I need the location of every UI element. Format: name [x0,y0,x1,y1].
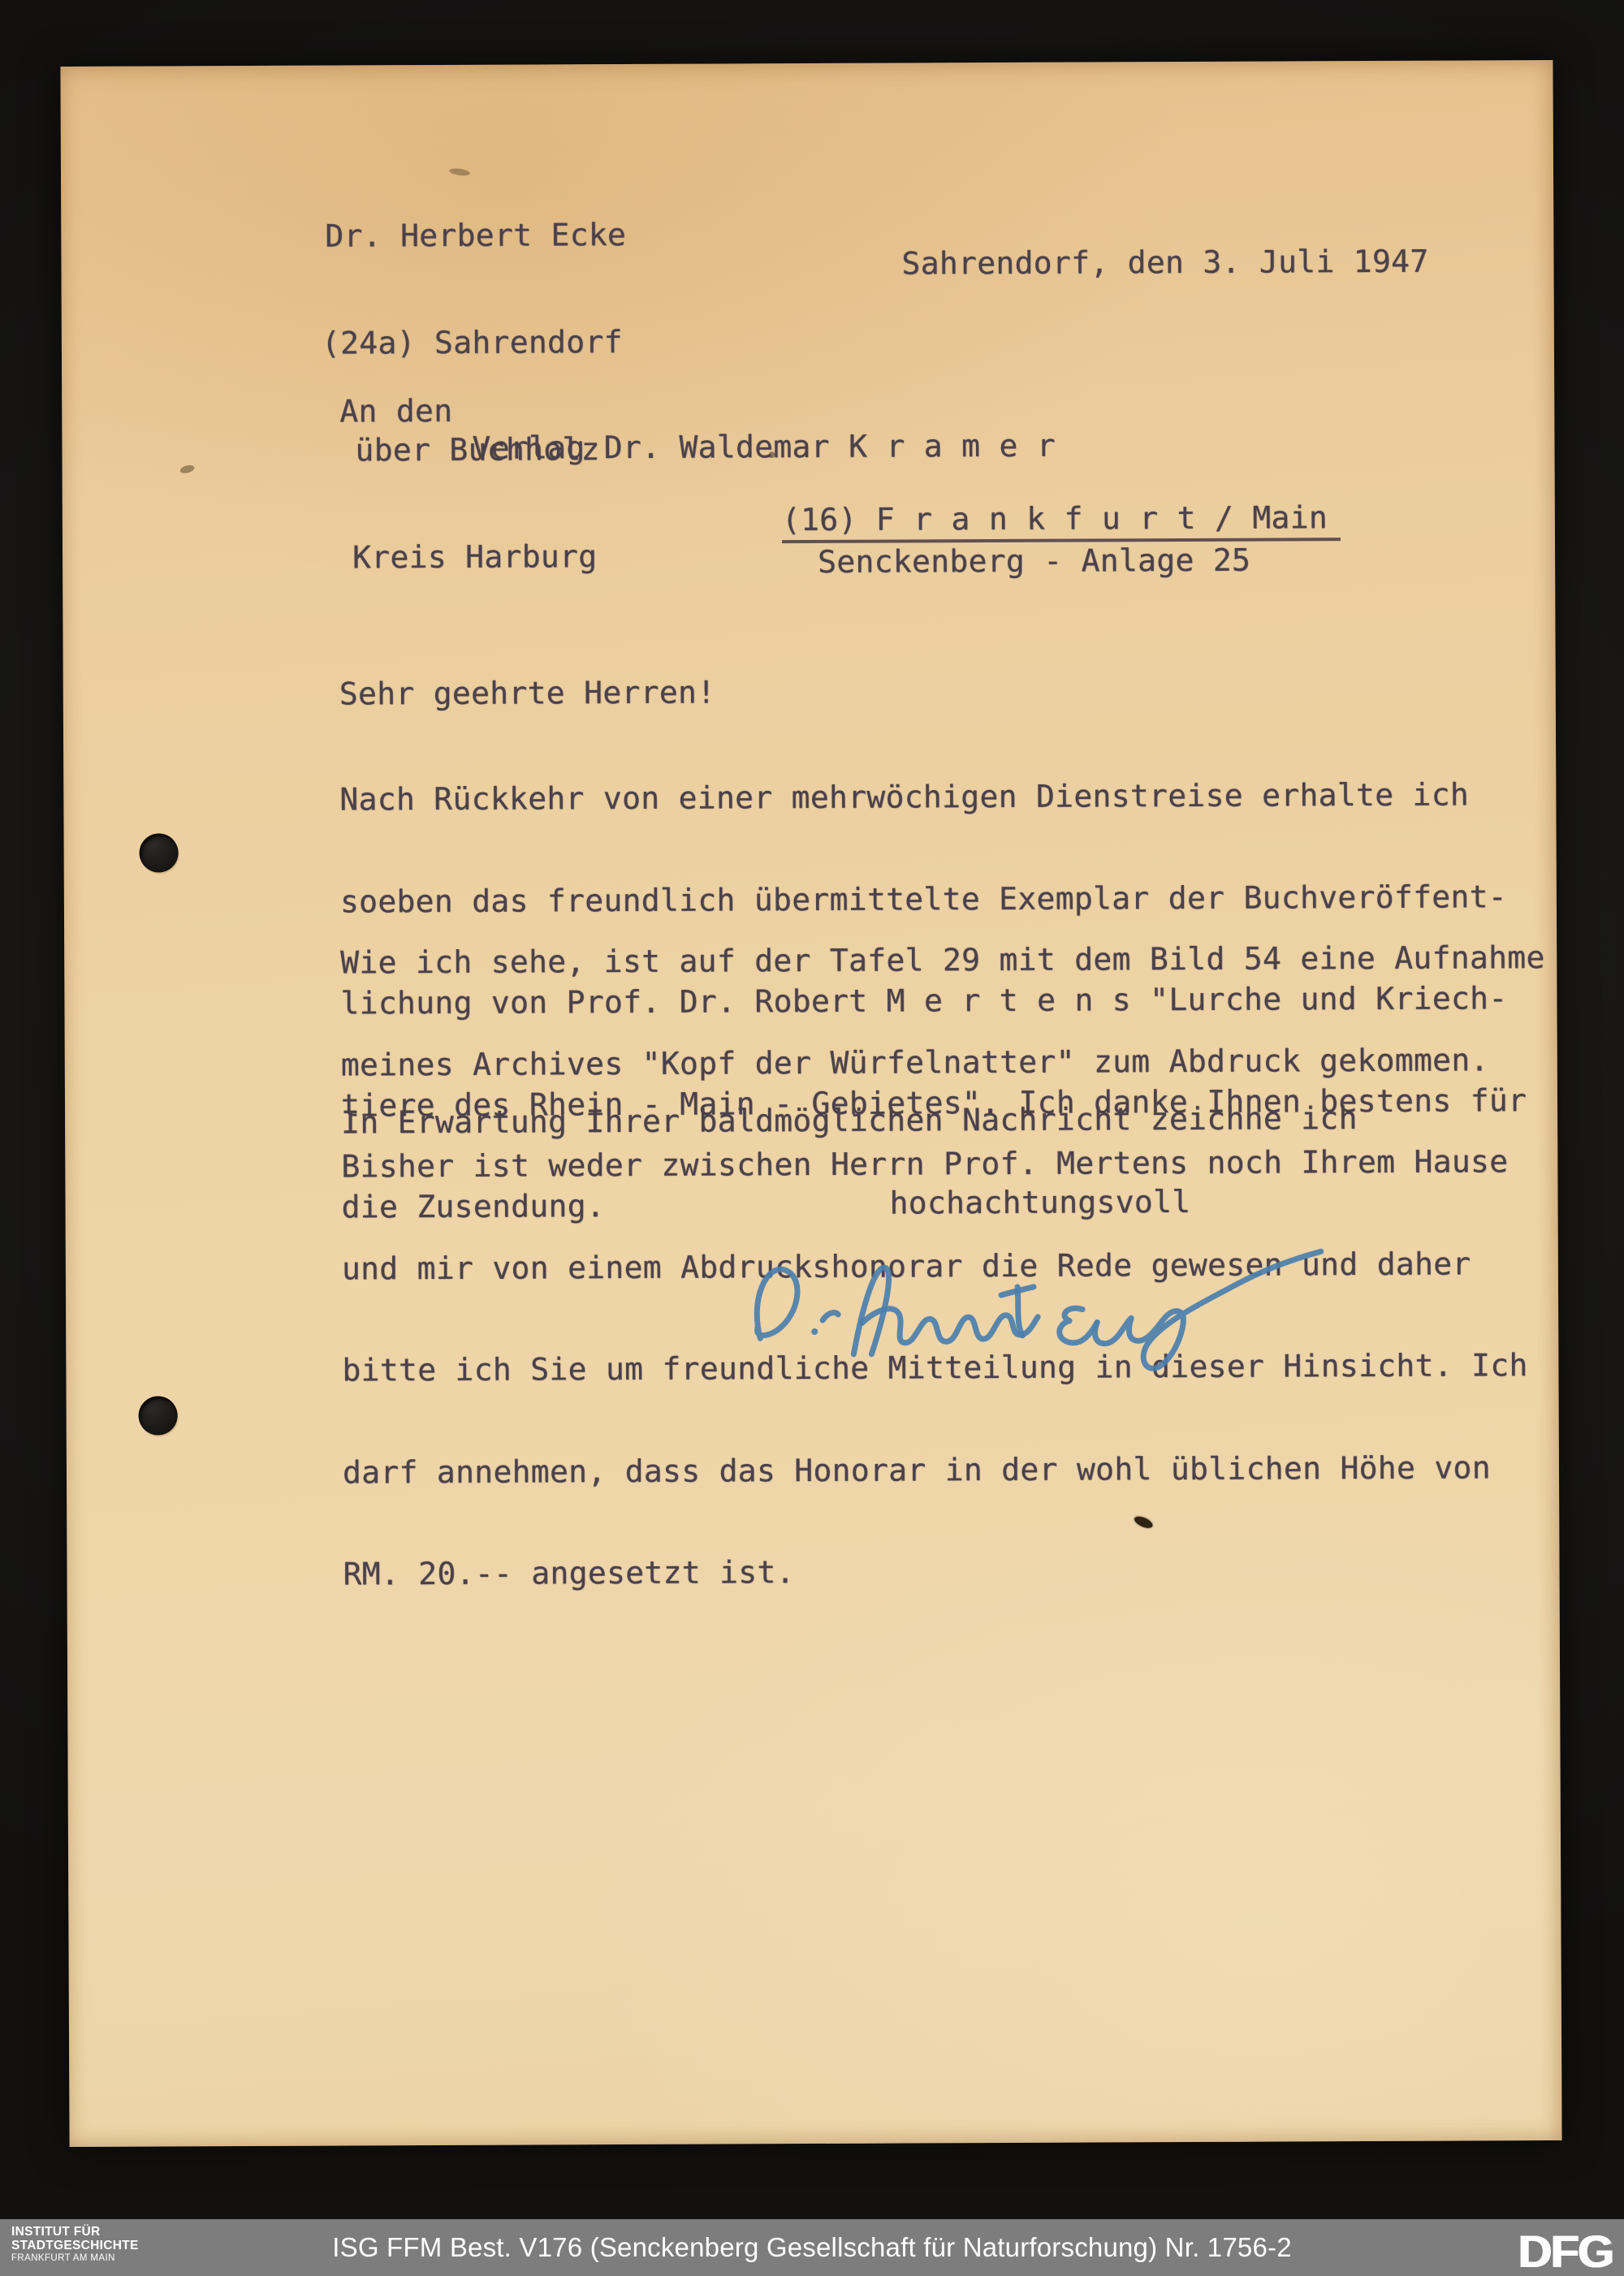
archive-reference: ISG FFM Best. V176 (Senckenberg Gesellsc… [0,2219,1624,2276]
typed-line: darf annehmen, dass das Honorar in der w… [343,1453,1548,1488]
dateline: Sahrendorf, den 3. Juli 1947 [901,244,1428,282]
dfg-logo: DFG [1518,2229,1613,2274]
recipient-intro: An den [339,393,452,430]
sender-line: Dr. Herbert Ecke [325,217,626,254]
typed-line: Bisher ist weder zwischen Herrn Prof. Me… [341,1147,1546,1182]
sender-line: Kreis Harburg [352,538,628,575]
scan-background: Dr. Herbert Ecke (24a) Sahrendorf über B… [0,0,1624,2276]
sender-line: (24a) Sahrendorf [322,324,627,361]
letter-page: Dr. Herbert Ecke (24a) Sahrendorf über B… [60,60,1561,2147]
salutation: Sehr geehrte Herren! [339,675,716,712]
typed-line: Nach Rückkehr von einer mehrwöchigen Die… [339,780,1525,815]
punch-hole-bottom [139,1396,178,1435]
signature-handwritten [732,1232,1382,1388]
typed-line: meines Archives "Kopf der Würfelnatter" … [341,1045,1546,1081]
punch-hole-top [140,833,179,872]
recipient-name: Verlag Dr. Waldemar K r a m e r [472,428,1056,466]
closing-line: In Erwartung Ihrer baldmöglichen Nachric… [341,1100,1358,1140]
recipient-street: Senckenberg - Anlage 25 [818,542,1250,580]
typed-line: RM. 20.-- angesetzt ist. [343,1554,1548,1590]
typed-line: Wie ich sehe, ist auf der Tafel 29 mit d… [340,943,1545,978]
archive-footer-bar: INSTITUT FÜR STADTGESCHICHTE FRANKFURT A… [0,2219,1624,2276]
recipient-city: (16) F r a n k f u r t / Main [782,499,1341,543]
valediction: hochachtungsvoll [889,1184,1190,1221]
paper-smudge [179,464,196,474]
